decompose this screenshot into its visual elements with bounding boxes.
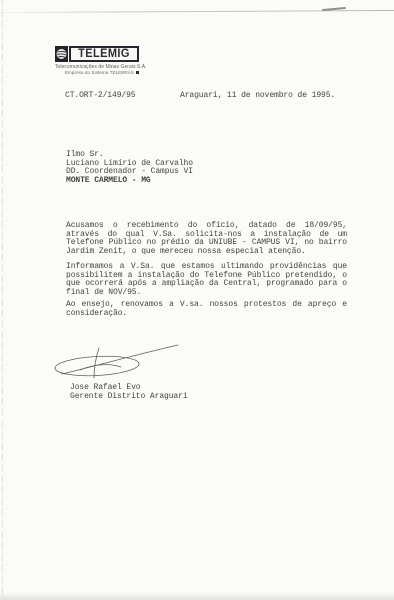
signer-block: Jose Rafael Evo Gerente Distrito Araguar… <box>70 384 188 401</box>
recipient-city: MONTE CARMELO - MG <box>66 177 193 186</box>
typed-line: consideração. <box>66 310 347 319</box>
spiral-binding-marks: ((((((((((((((((((((((((((((((((((((((((… <box>0 0 12 598</box>
reference-number: CT.ORT-2/149/95 <box>65 92 136 101</box>
dateline: Araguari, 11 de novembro de 1995. <box>180 92 335 101</box>
scanned-letter-page: ((((((((((((((((((((((((((((((((((((((((… <box>0 0 394 600</box>
page-bottom-shadow <box>0 592 394 600</box>
page-top-edge <box>0 10 394 13</box>
system-tagline-row: Empresa do Sistema TELEBRÁS <box>55 70 139 75</box>
body-paragraph-3: Ao ensejo, renovamos a V.sa. nossos prot… <box>66 301 347 318</box>
telemig-logo: TELEMIG Telecomunicações de Minas Gerais… <box>55 46 139 75</box>
signer-title: Gerente Distrito Araguari <box>70 393 188 402</box>
body-paragraph-1: Acusamos o recebimento do ofício, datado… <box>66 222 347 256</box>
typed-line: final de NOV/95. <box>66 289 347 298</box>
brand-wordmark-box: TELEMIG <box>69 46 139 62</box>
brand-wordmark: TELEMIG <box>78 48 130 61</box>
system-tagline: Empresa do Sistema TELEBRÁS <box>65 70 134 75</box>
company-subtitle: Telecomunicações de Minas Gerais S.A. <box>55 64 139 70</box>
handwritten-signature <box>50 339 185 383</box>
logo-row: TELEMIG <box>55 46 139 62</box>
body-paragraph-2: Informamos a V.Sa. que estamos ultimando… <box>66 263 347 297</box>
telebras-square-icon <box>136 71 140 75</box>
typed-line: Jardim Zenit, o que mereceu nossa especi… <box>66 248 347 257</box>
globe-emblem-icon <box>55 46 68 62</box>
recipient-block: Ilmo Sr. Luciano Limírio de Carvalho DD.… <box>66 151 193 185</box>
